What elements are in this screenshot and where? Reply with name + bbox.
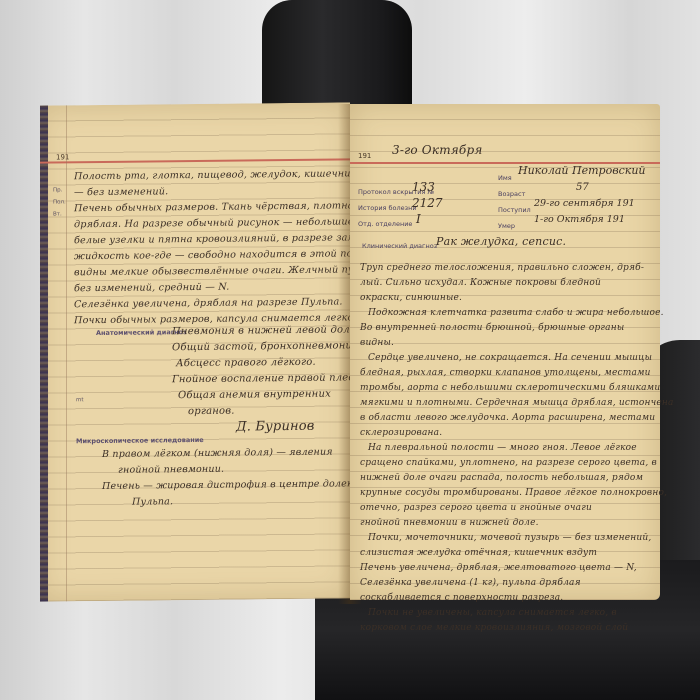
handwritten-line: гнойной пневмонии в нижней доле. — [360, 515, 539, 531]
handwritten-line: Печень увеличена, дряблая, желтоватого ц… — [360, 560, 637, 576]
diagnosis-line: Абсцесс правого лёгкого. — [176, 355, 316, 372]
open-ledger: 191 Пр. Пол. Вт. Полость рта, глотка, пи… — [38, 104, 662, 604]
handwritten-line: склерозирована. — [360, 425, 442, 441]
margin-note: mt — [76, 397, 84, 403]
handwritten-line: Сердце увеличено, не сокращается. На сеч… — [368, 350, 652, 366]
name-label: Имя — [498, 174, 512, 182]
handwritten-line: слизистая желудка отёчная, кишечник взду… — [360, 545, 597, 561]
handwritten-line: отечно, разрез серого цвета и гнойные оч… — [360, 500, 592, 516]
handwritten-line: бледная, рыхлая, створки клапанов утолще… — [360, 365, 651, 381]
clinical-diagnosis-value: Рак желудка, сепсис. — [436, 234, 566, 250]
admitted-value: 29-го сентября 191 — [534, 198, 635, 209]
right-page: 191 3-го Октября Протокол вскрытия № 133… — [350, 104, 660, 600]
died-label: Умер — [498, 222, 515, 230]
microscopy-line: Пульпа. — [132, 494, 173, 510]
age-label: Возраст — [498, 190, 525, 198]
handwritten-line: Во внутренней полости брюшной, брюшные о… — [360, 320, 624, 336]
age-value: 57 — [576, 182, 589, 193]
handwritten-line: сращено спайками, уплотнено, на разрезе … — [360, 455, 657, 471]
ward-value: I — [416, 212, 421, 226]
diagnosis-line: Общая анемия внутренних — [178, 387, 331, 405]
admitted-label: Поступил — [498, 206, 531, 214]
handwritten-line: Почки, мочеточники, мочевой пузырь — без… — [368, 530, 651, 546]
handwritten-line: Подкожная клетчатка развита слабо и жира… — [368, 305, 664, 321]
handwritten-line: корковом слое мелкие кровоизлияния, мозг… — [360, 620, 628, 636]
handwritten-line: Полость рта, глотка, пищевод, желудок, к… — [74, 166, 370, 185]
handwritten-line: крупные сосуды тромбированы. Правое лёгк… — [360, 485, 667, 501]
microscopy-line: В правом лёгком (нижняя доля) — явления — [102, 445, 333, 463]
handwritten-line: — без изменений. — [74, 184, 168, 201]
handwritten-line: лый. Сильно исхудал. Кожные покровы блед… — [360, 275, 601, 291]
name-value: Николай Петровский — [518, 164, 646, 177]
history-number-label: История болезни — [358, 204, 417, 212]
handwritten-line: без изменений, средний — N. — [74, 280, 230, 298]
left-page: 191 Пр. Пол. Вт. Полость рта, глотка, пи… — [40, 102, 350, 601]
signature: Д. Буринов — [236, 419, 315, 436]
handwritten-line: Почки не увеличены, капсула снимается ле… — [368, 605, 617, 621]
history-number-value: 2127 — [412, 196, 443, 210]
microscopy-stamp: Микроскопическое исследование — [76, 436, 204, 445]
header-rule — [40, 158, 350, 163]
microscopy-line: гнойной пневмонии. — [118, 462, 224, 479]
margin-label: Пр. — [53, 187, 62, 193]
handwritten-line: На плевральной полости — много гноя. Лев… — [368, 440, 637, 456]
page-header-year: 191 — [358, 152, 371, 160]
died-value: 1-го Октября 191 — [534, 214, 625, 225]
handwritten-line: видны. — [360, 335, 394, 351]
handwritten-line: видны мелкие обызвествлённые очаги. Желч… — [74, 262, 379, 281]
handwritten-line: окраски, синюшные. — [360, 290, 462, 306]
ward-label: Отд. отделение — [358, 220, 412, 228]
handwritten-line: соскабливается с поверхности разреза. — [360, 590, 563, 606]
margin-label: Пол. — [53, 199, 66, 205]
clinical-diagnosis-label: Клинический диагноз — [362, 242, 437, 250]
margin-rule — [66, 105, 67, 601]
diagnosis-line: Общий застой, бронхопневмония. — [172, 338, 362, 356]
handwritten-line: тромбы, аорта с небольшими склеротически… — [360, 380, 660, 396]
microscopy-line: Печень — жировая дистрофия в центре доле… — [102, 476, 353, 495]
handwritten-line: в области левого желудочка. Аорта расшир… — [360, 410, 655, 426]
diagnosis-line: Пневмония в нижней левой доле — [172, 322, 356, 340]
handwritten-line: нижней доле очаги распада, полость небол… — [360, 470, 643, 486]
handwritten-line: мягкими и плотными. Сердечная мышца дряб… — [360, 395, 674, 411]
margin-label: Вт. — [53, 211, 62, 217]
entry-date: 3-го Октября — [392, 142, 482, 158]
handwritten-line: Селезёнка увеличена (1 кг), пульпа дрябл… — [360, 575, 581, 591]
diagnosis-line: органов. — [188, 404, 235, 420]
page-header-year: 191 — [56, 153, 69, 161]
handwritten-line: Труп среднего телосложения, правильно сл… — [360, 260, 644, 276]
case-number-value: 133 — [412, 180, 435, 194]
